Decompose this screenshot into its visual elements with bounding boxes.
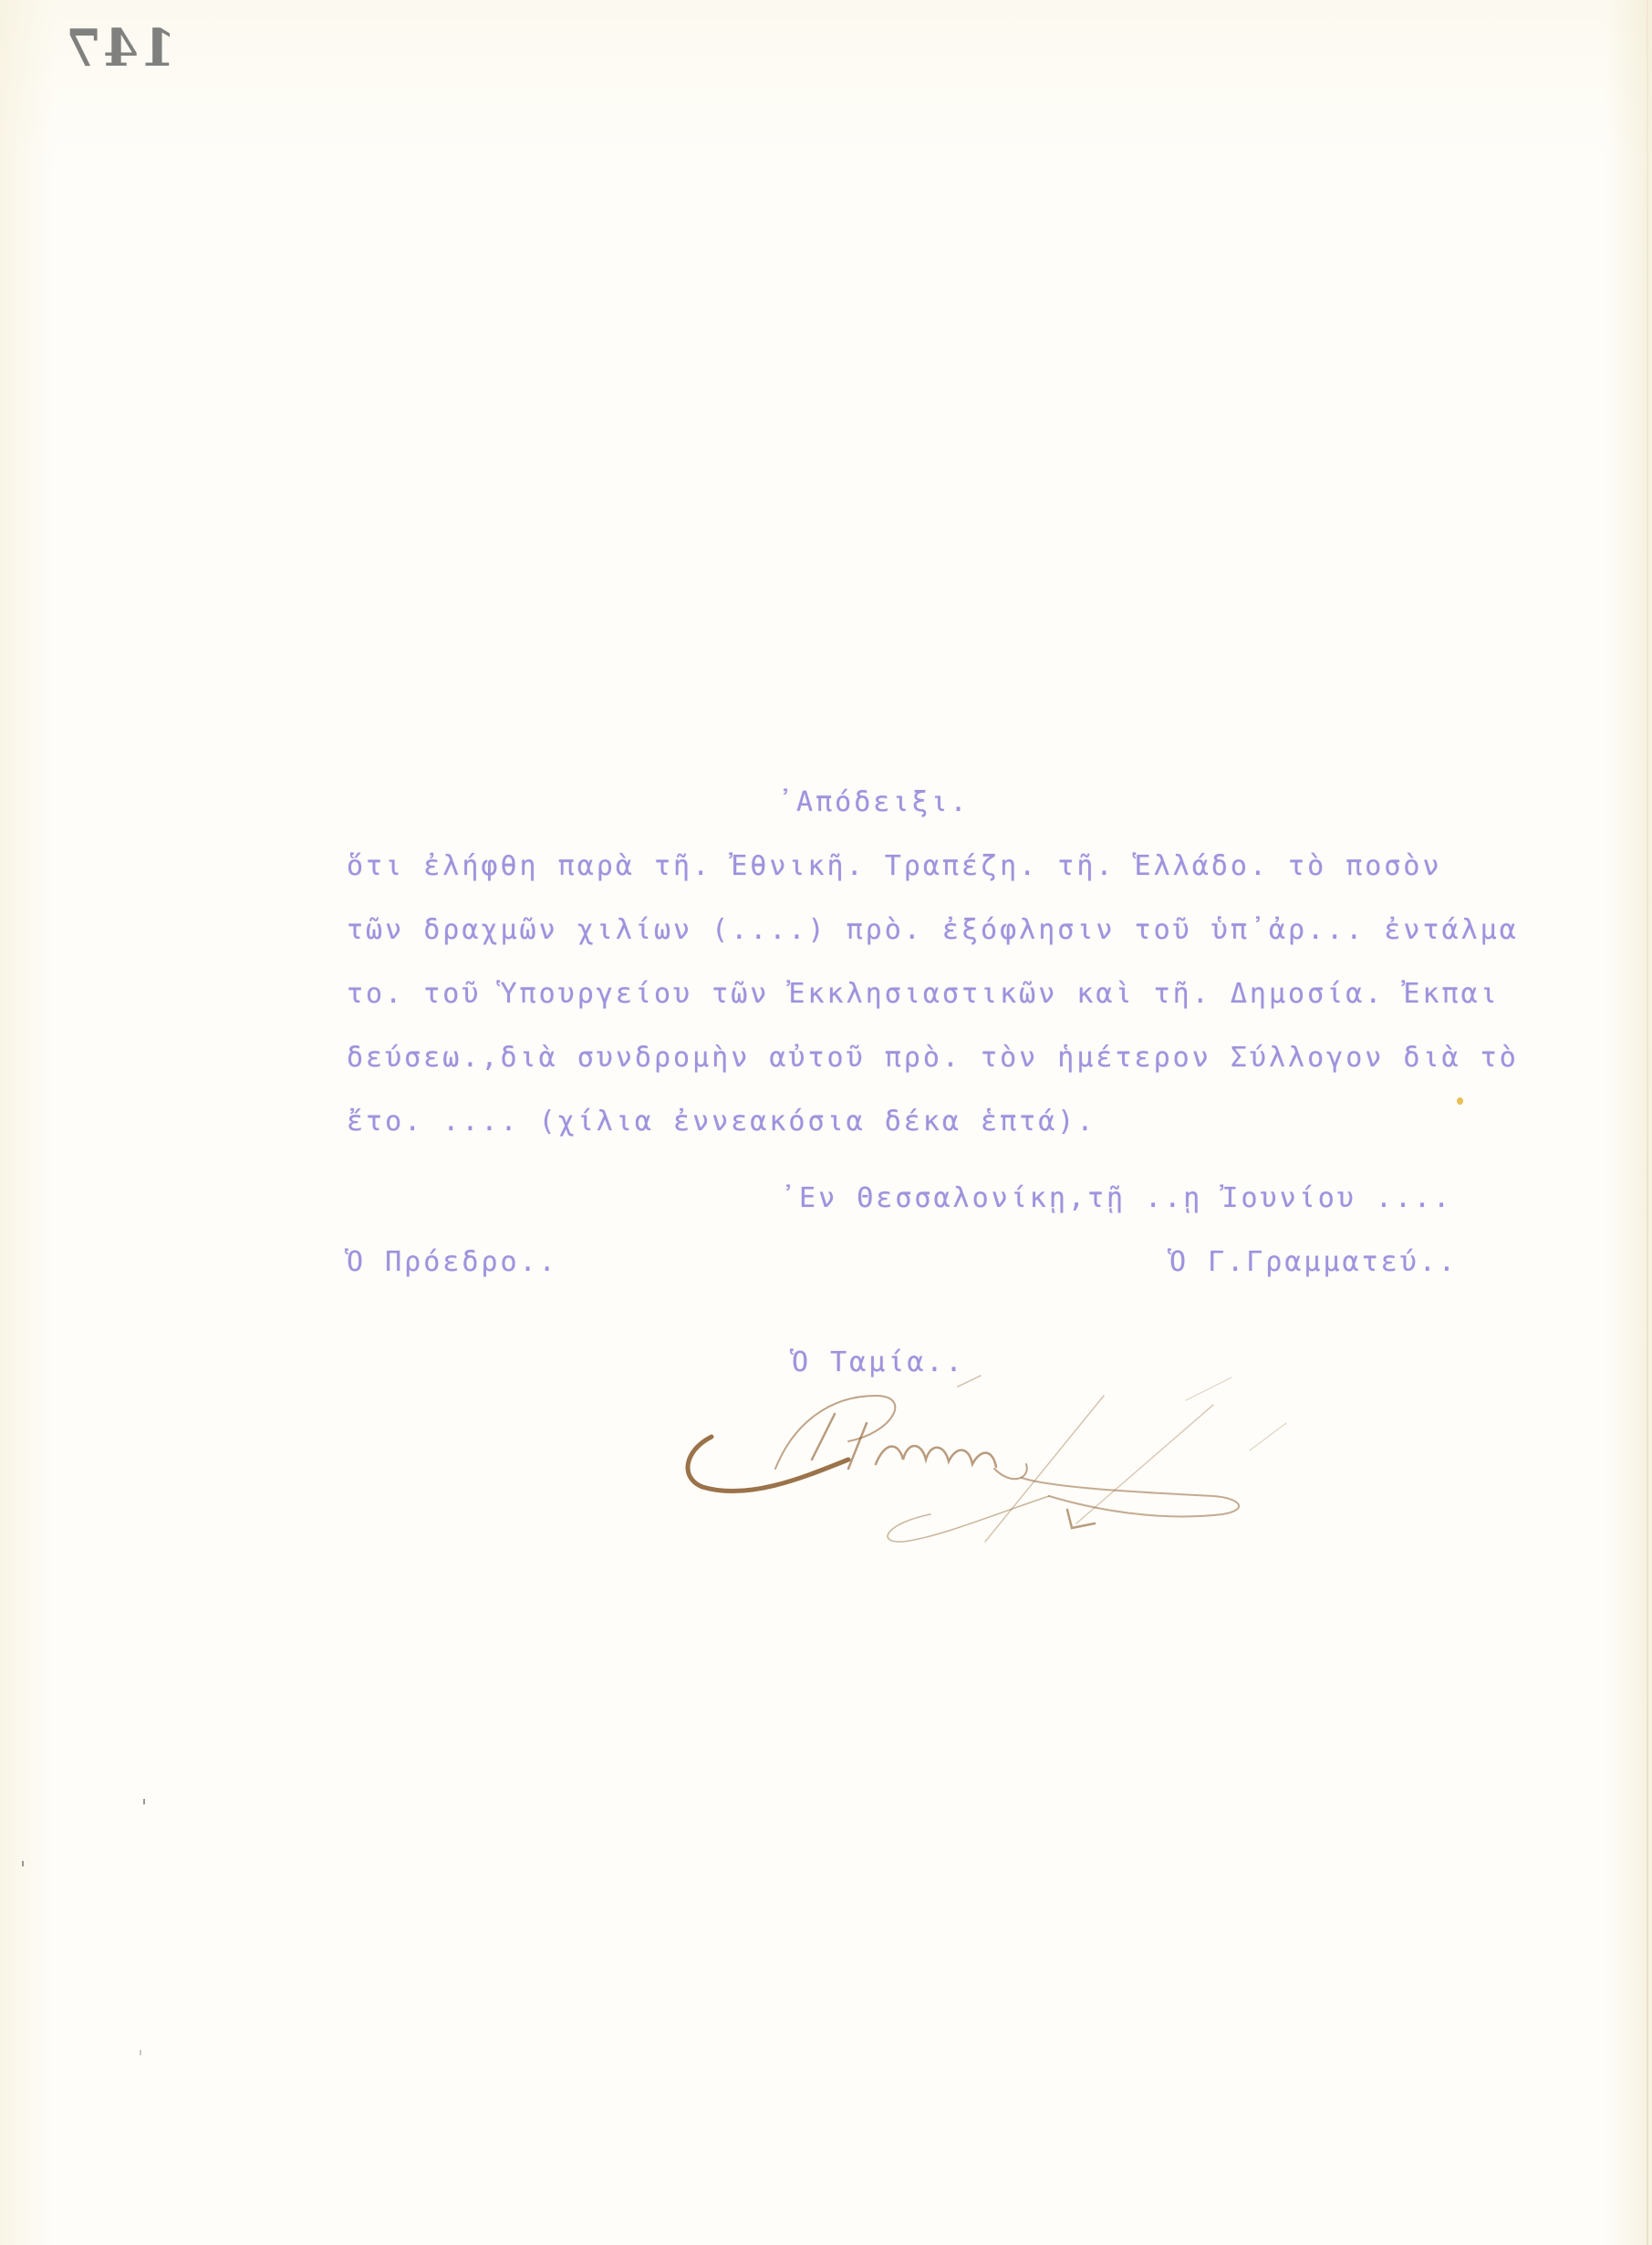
page-edge — [1647, 0, 1648, 2245]
body-line: δεύσεω.,διὰ συνδρομὴν αὐτοῦ πρὸ. τὸν ἡμέ… — [347, 1042, 1519, 1074]
ink-spot — [1457, 1097, 1463, 1105]
general-secretary-label: Ὁ Γ.Γραμματεύ.. — [1169, 1246, 1458, 1278]
handwritten-signature — [666, 1341, 1304, 1560]
page-number-stamp: 147 — [64, 18, 176, 78]
president-label: Ὁ Πρόεδρο.. — [347, 1246, 558, 1278]
place-and-date: ᾿Εν Θεσσαλονίκῃ,τῇ ..ῃ Ἰουνίου .... — [780, 1182, 1452, 1214]
body-line: το. τοῦ Ὑπουργείου τῶν Ἐκκλησιαστικῶν κα… — [347, 978, 1500, 1010]
body-line: ἔτο. .... (χίλια ἐννεακόσια δέκα ἑπτά). — [347, 1106, 1096, 1138]
body-line: τῶν δραχμῶν χιλίων (....) πρὸ. ἐξόφλησιν… — [347, 914, 1519, 946]
paper-speck — [143, 1799, 145, 1804]
paper-speck — [22, 1861, 24, 1866]
paper-speck — [140, 2050, 141, 2055]
receipt-title: ᾿Απόδειξι. — [777, 786, 970, 818]
body-line: ὅτι ἐλήφθη παρὰ τῆ. Ἐθνικῆ. Τραπέζη. τῆ.… — [347, 850, 1442, 882]
